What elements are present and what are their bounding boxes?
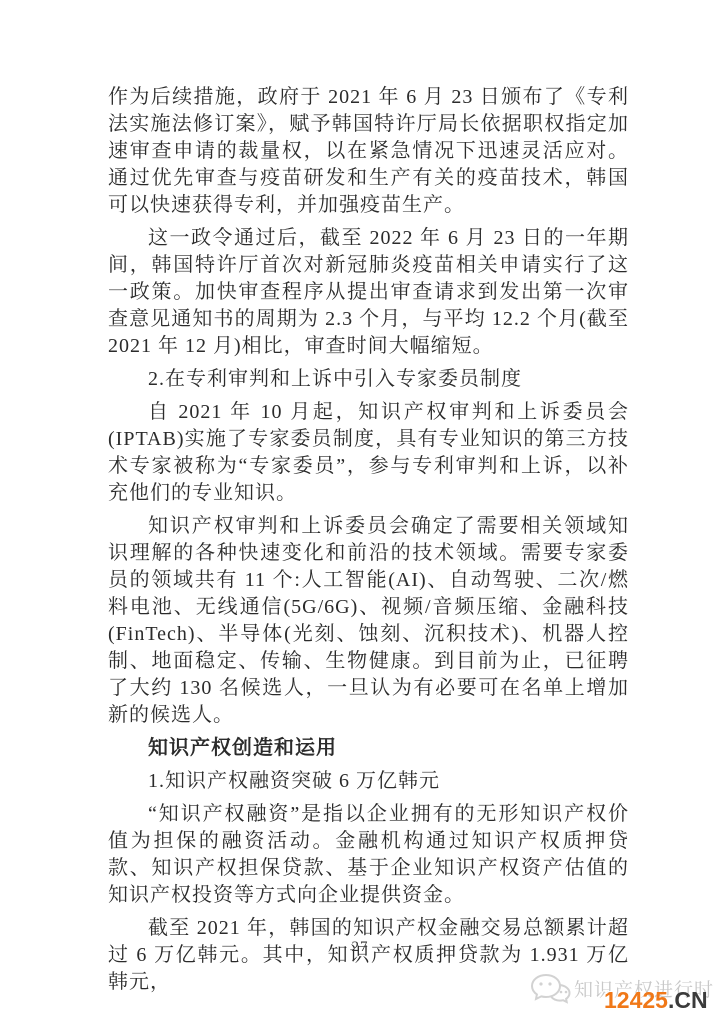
paragraph: 自 2021 年 10 月起，知识产权审判和上诉委员会(IPTAB)实施了专家委… [108,399,629,507]
document-page-body: 作为后续措施，政府于 2021 年 6 月 23 日颁布了《专利法实施法修订案》… [108,84,629,996]
page-number: 27 [352,939,369,955]
watermark-domain: 12425.CN [604,987,708,1014]
page-footer: 27 [0,938,720,956]
chat-bubbles-icon [530,973,572,1010]
watermark-domain-number: 12425 [604,987,668,1013]
section-heading-1: 1.知识产权融资突破 6 万亿韩元 [108,768,629,795]
section-heading-2: 2.在专利审判和上诉中引入专家委员制度 [108,366,629,393]
paragraph: “知识产权融资”是指以企业拥有的无形知识产权价值为担保的融资活动。金融机构通过知… [108,801,629,909]
paragraph: 知识产权审判和上诉委员会确定了需要相关领域知识理解的各种快速变化和前沿的技术领域… [108,513,629,729]
watermark-domain-suffix: .CN [668,987,708,1013]
paragraph: 这一政令通过后，截至 2022 年 6 月 23 日的一年期间，韩国特许厅首次对… [108,225,629,360]
site-watermark: 知识产权进行时 12425.CN [528,963,714,1011]
paragraph: 作为后续措施，政府于 2021 年 6 月 23 日颁布了《专利法实施法修订案》… [108,84,629,219]
section-title: 知识产权创造和运用 [108,735,629,762]
